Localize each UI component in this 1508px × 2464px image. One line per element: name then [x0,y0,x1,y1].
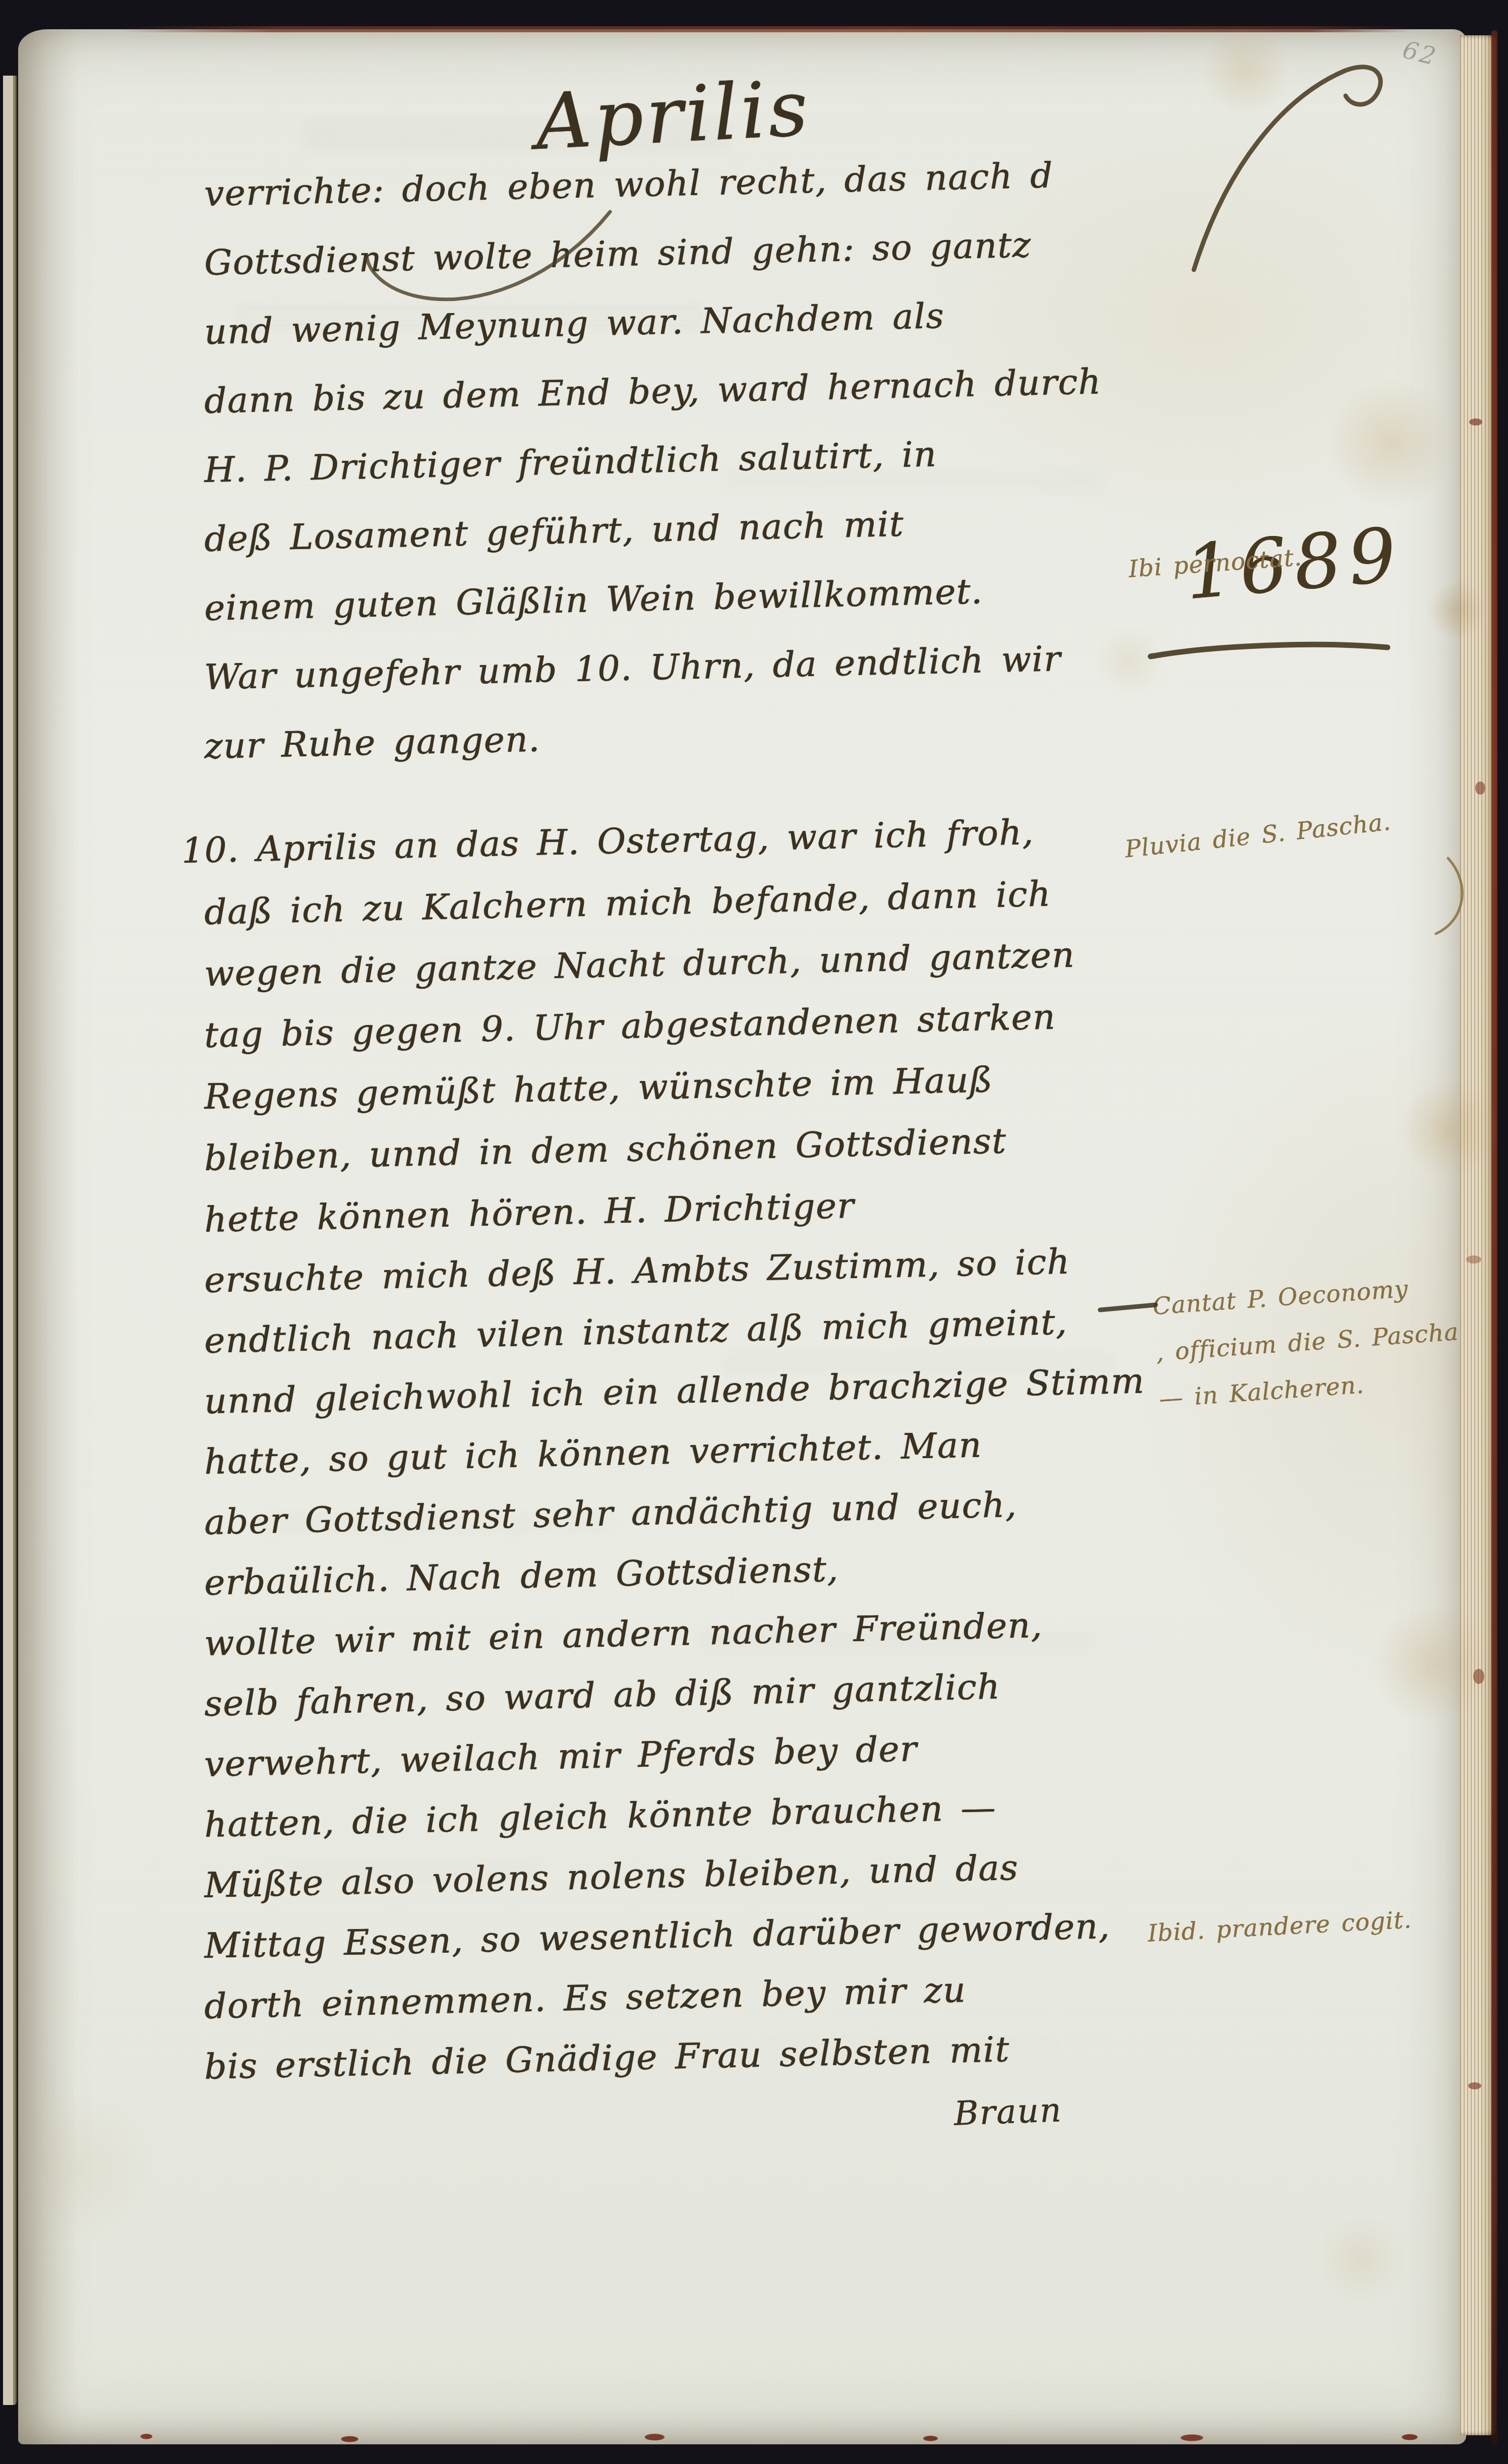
month-heading: Aprilis [533,64,813,167]
book-bottom-edge [30,2431,1482,2444]
note-cantat: Cantat P. Oeconomy, officium die S. Pasc… [1151,1263,1463,1422]
manuscript-photo: { "document": { "type": "Handwritten dia… [0,0,1508,2464]
text-line: zur Ruhe gangen. [204,719,540,767]
book-cover-edge [1491,30,1497,2445]
previous-page-edge [0,76,17,2405]
catchword: Braun [953,2090,1063,2133]
book-top-edge [121,26,1412,32]
